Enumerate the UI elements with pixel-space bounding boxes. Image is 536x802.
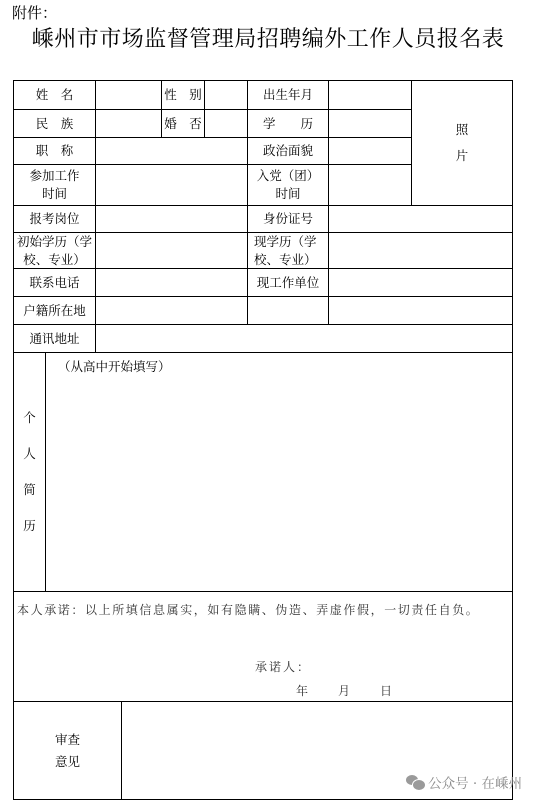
resume-char: 个	[14, 408, 45, 426]
watermark-text: 公众号 · 在嵊州	[428, 772, 522, 792]
current-edu-field[interactable]	[329, 233, 512, 268]
pledge-date-label: 年 月 日	[296, 682, 394, 699]
party-join-field[interactable]	[329, 165, 411, 205]
ethnicity-label: 民 族	[14, 110, 95, 137]
party-join-label-2: 时间	[275, 185, 300, 203]
pledge-signer-label: 承诺人：	[255, 658, 311, 675]
work-start-field[interactable]	[96, 165, 247, 205]
hukou-field[interactable]	[96, 297, 247, 324]
education-label: 学 历	[248, 110, 328, 137]
political-label: 政治面貌	[248, 138, 328, 164]
review-label: 审查 意见	[14, 702, 121, 799]
work-start-label-2: 时间	[42, 185, 67, 203]
ethnicity-field[interactable]	[96, 110, 161, 137]
name-label: 姓 名	[14, 81, 95, 109]
photo-label-1: 照	[456, 117, 469, 143]
education-field[interactable]	[329, 110, 411, 137]
position-field[interactable]	[96, 206, 247, 232]
gender-label: 性 别	[162, 81, 204, 109]
review-label-2: 意见	[55, 751, 80, 773]
review-label-1: 审查	[55, 729, 80, 751]
pledge-text: 本人承诺：以上所填信息属实，如有隐瞒、伪造、弄虚作假，一切责任自负。	[17, 601, 479, 618]
blank-field-2[interactable]	[329, 297, 512, 324]
phone-field[interactable]	[96, 269, 247, 296]
marital-field[interactable]	[205, 110, 247, 137]
border-right	[512, 80, 513, 800]
employer-field[interactable]	[329, 269, 512, 296]
initial-edu-label: 初始学历（学 校、专业）	[14, 233, 95, 268]
phone-label: 联系电话	[14, 269, 95, 296]
border-bottom	[13, 799, 513, 800]
employer-label: 现工作单位	[248, 269, 328, 296]
initial-edu-field[interactable]	[96, 233, 247, 268]
birth-label: 出生年月	[248, 81, 328, 109]
party-join-label-1: 入党（团）	[257, 167, 320, 185]
resume-field[interactable]: （从高中开始填写）	[46, 353, 512, 591]
title-label: 职 称	[14, 138, 95, 164]
political-field[interactable]	[329, 138, 411, 164]
resume-hint: （从高中开始填写）	[58, 357, 171, 375]
resume-char: 人	[14, 444, 45, 462]
name-field[interactable]	[96, 81, 161, 109]
id-label: 身份证号	[248, 206, 328, 232]
current-edu-label-1: 现学历（学	[254, 233, 317, 251]
address-label: 通讯地址	[14, 325, 95, 352]
hukou-label: 户籍所在地	[14, 297, 95, 324]
initial-edu-label-1: 初始学历（学	[17, 233, 92, 251]
title-field[interactable]	[96, 138, 247, 164]
initial-edu-label-2: 校、专业）	[23, 251, 86, 269]
row-line	[13, 591, 513, 592]
photo-label-2: 片	[456, 143, 469, 169]
position-label: 报考岗位	[14, 206, 95, 232]
pledge-signature-field[interactable]	[310, 655, 500, 673]
party-join-label: 入党（团） 时间	[248, 165, 328, 205]
photo-box[interactable]: 照 片	[412, 81, 512, 205]
gender-field[interactable]	[205, 81, 247, 109]
wechat-icon	[406, 775, 424, 789]
current-edu-label-2: 校、专业）	[254, 251, 317, 269]
current-edu-label: 现学历（学 校、专业）	[254, 233, 328, 268]
resume-char: 历	[14, 516, 45, 534]
birth-field[interactable]	[329, 81, 411, 109]
work-start-label-1: 参加工作	[29, 167, 79, 185]
watermark: 公众号 · 在嵊州	[406, 772, 522, 792]
address-field[interactable]	[96, 325, 512, 352]
resume-char: 简	[14, 480, 45, 498]
blank-field[interactable]	[248, 297, 328, 324]
annex-label: 附件：	[12, 2, 57, 23]
id-field[interactable]	[329, 206, 512, 232]
marital-label: 婚 否	[162, 110, 204, 137]
work-start-label: 参加工作 时间	[14, 165, 95, 205]
page-title: 嵊州市市场监督管理局招聘编外工作人员报名表	[0, 22, 536, 53]
